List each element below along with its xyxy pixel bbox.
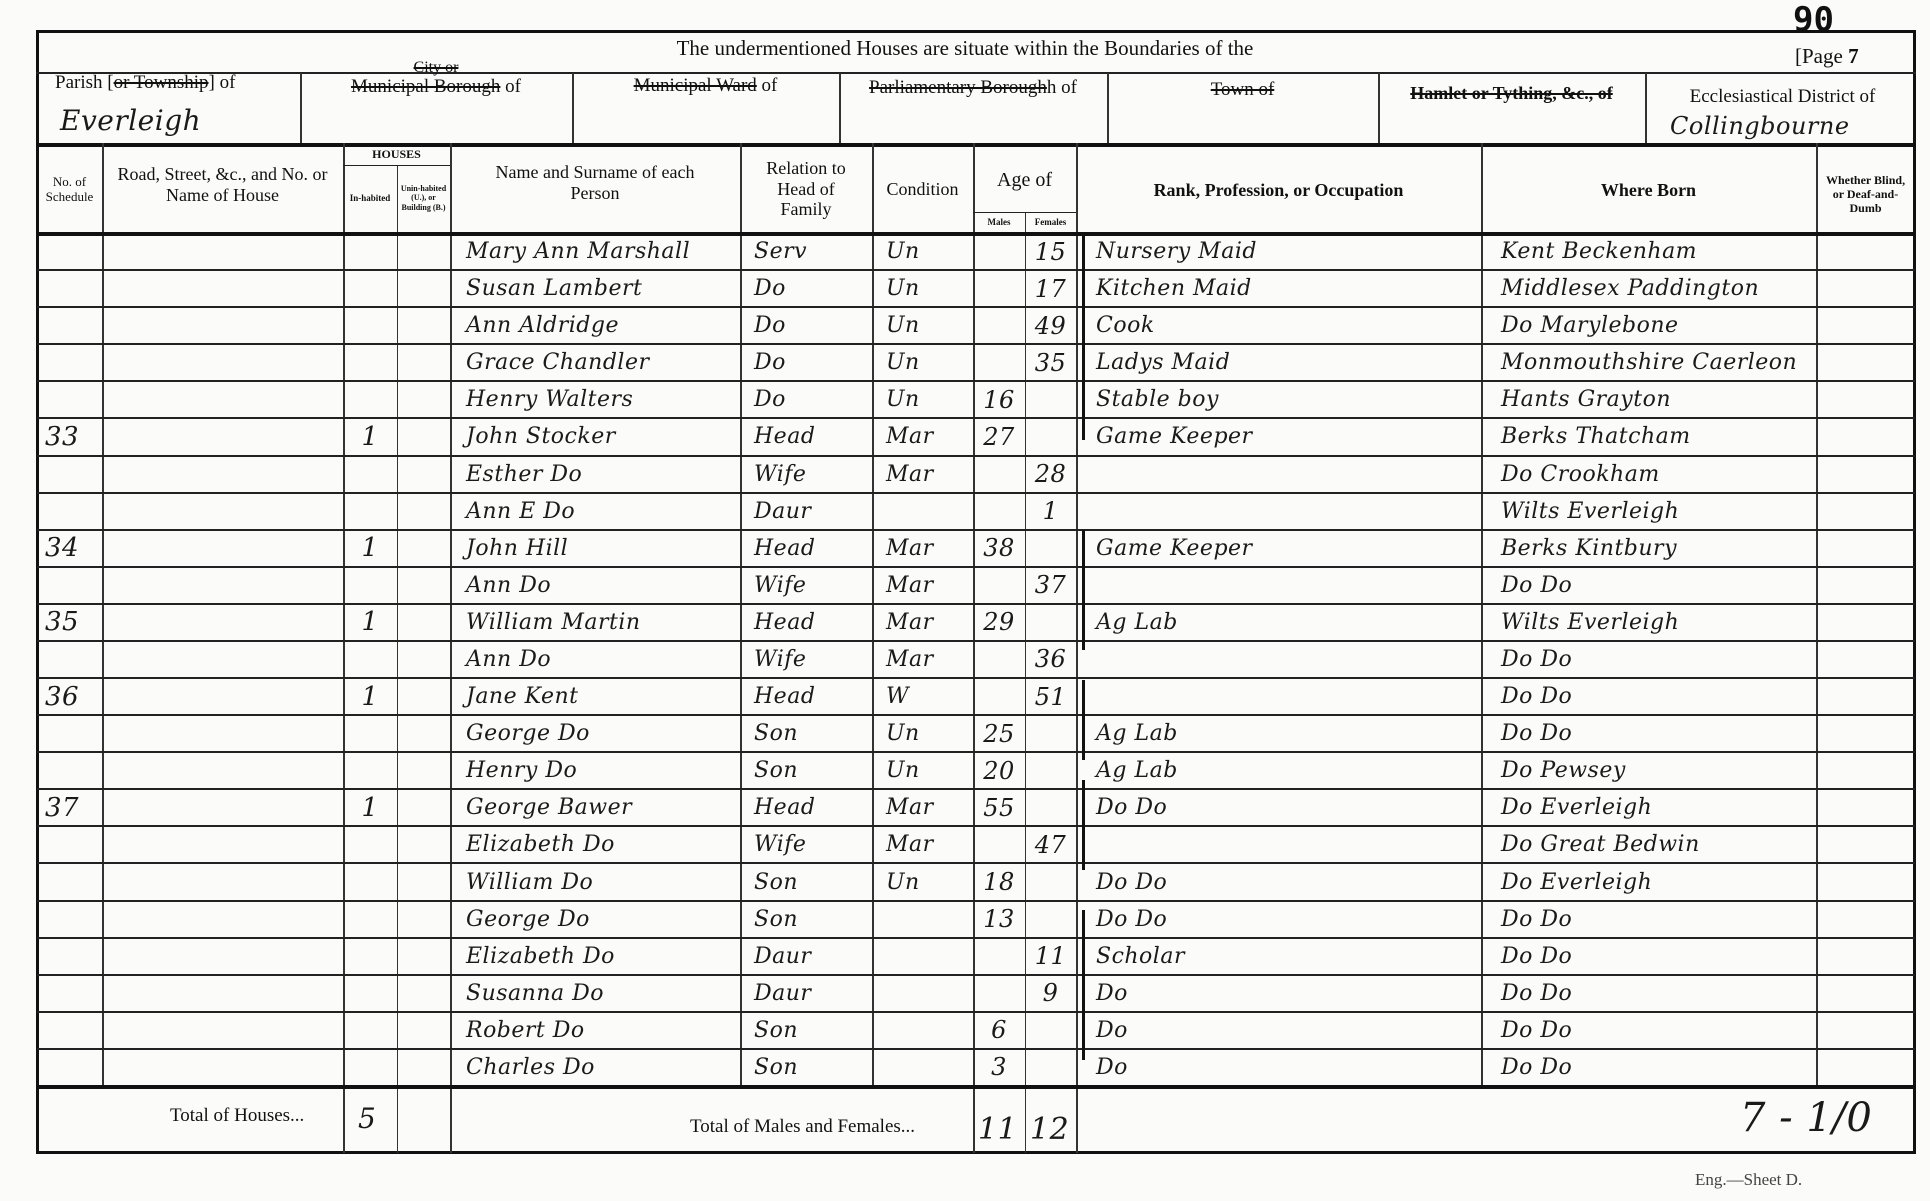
cell-schedule — [37, 864, 102, 899]
cell-occupation — [1076, 679, 1481, 714]
cell-condition: Mar — [872, 419, 973, 454]
cell-name: John Stocker — [450, 419, 740, 454]
cell-condition: Un — [872, 864, 973, 899]
cell-inhabited — [343, 271, 397, 306]
cell-name: William Martin — [450, 605, 740, 640]
header-condition: Condition — [872, 150, 973, 228]
cell-male-age — [973, 457, 1025, 492]
cell-female-age: 47 — [1025, 827, 1076, 862]
cell-born: Do Do — [1481, 1050, 1816, 1085]
column-divider-road — [102, 143, 104, 1085]
cell-schedule: 37 — [37, 790, 102, 825]
cell-born: Do Pewsey — [1481, 753, 1816, 788]
cell-relation: Daur — [740, 939, 872, 974]
parish-label-suffix: ] of — [209, 72, 236, 93]
cell-inhabited — [343, 345, 397, 380]
cell-born: Wilts Everleigh — [1481, 605, 1816, 640]
cell-condition: Mar — [872, 642, 973, 677]
cell-occupation: Ladys Maid — [1076, 345, 1481, 380]
location-municipal-ward: Municipal Ward of — [572, 75, 839, 97]
header-road: Road, Street, &c., and No. or Name of Ho… — [102, 150, 343, 220]
cell-name: Ann Aldridge — [450, 308, 740, 343]
cell-born: Berks Kintbury — [1481, 531, 1816, 566]
cell-male-age — [973, 494, 1025, 529]
cell-inhabited: 1 — [343, 679, 397, 714]
cell-male-age: 6 — [973, 1013, 1025, 1048]
hamlet-label-struck: Hamlet or Tything, &c., of — [1410, 83, 1612, 103]
cell-occupation: Kitchen Maid — [1076, 271, 1481, 306]
header-females: Females — [1025, 213, 1076, 231]
cell-schedule — [37, 902, 102, 937]
cell-condition: Mar — [872, 531, 973, 566]
cell-born: Hants Grayton — [1481, 382, 1816, 417]
cell-condition — [872, 1050, 973, 1085]
cell-occupation: Ag Lab — [1076, 605, 1481, 640]
cell-schedule — [37, 382, 102, 417]
parliamentary-borough-suffix: h of — [1047, 77, 1077, 98]
cell-female-age: 51 — [1025, 679, 1076, 714]
cell-condition: Mar — [872, 457, 973, 492]
cell-male-age — [973, 308, 1025, 343]
cell-born: Kent Beckenham — [1481, 234, 1816, 269]
header-houses: HOUSES — [343, 145, 450, 165]
ecclesiastical-district-label: Ecclesiastical District of — [1690, 86, 1876, 107]
cell-occupation — [1076, 568, 1481, 603]
cell-schedule — [37, 234, 102, 269]
cell-schedule — [37, 1050, 102, 1085]
cell-born: Monmouthshire Caerleon — [1481, 345, 1816, 380]
cell-male-age: 16 — [973, 382, 1025, 417]
cell-schedule — [37, 271, 102, 306]
total-houses-label: Total of Houses... — [170, 1105, 304, 1127]
header-disability: Whether Blind, or Deaf-and-Dumb — [1816, 160, 1915, 230]
location-parish: Parish [or Township] of — [55, 72, 235, 94]
town-label-struck: Town of — [1211, 79, 1275, 100]
cell-schedule — [37, 716, 102, 751]
cell-name: George Bawer — [450, 790, 740, 825]
cell-inhabited — [343, 902, 397, 937]
cell-born: Do Everleigh — [1481, 790, 1816, 825]
cell-schedule — [37, 827, 102, 862]
cell-male-age — [973, 939, 1025, 974]
header-inhabited: In-habited — [343, 168, 397, 228]
total-females-value: 12 — [1030, 1112, 1069, 1147]
ink-bracket-mark — [1082, 530, 1085, 650]
cell-inhabited — [343, 642, 397, 677]
header-males: Males — [973, 213, 1025, 231]
sheet-label: Eng.—Sheet D. — [1695, 1170, 1802, 1190]
header-name: Name and Surname of each Person — [450, 155, 740, 210]
cell-female-age: 35 — [1025, 345, 1076, 380]
cell-female-age: 1 — [1025, 494, 1076, 529]
cell-name: Ann Do — [450, 568, 740, 603]
cell-condition: W — [872, 679, 973, 714]
cell-inhabited — [343, 382, 397, 417]
cell-born: Do Everleigh — [1481, 864, 1816, 899]
location-town: Town of — [1107, 79, 1378, 101]
cell-relation: Wife — [740, 568, 872, 603]
cell-condition: Un — [872, 271, 973, 306]
cell-relation: Son — [740, 1050, 872, 1085]
cell-inhabited — [343, 308, 397, 343]
cell-schedule: 36 — [37, 679, 102, 714]
cell-condition: Un — [872, 716, 973, 751]
cell-relation: Head — [740, 679, 872, 714]
cell-relation: Do — [740, 308, 872, 343]
column-divider-uninhabited — [397, 165, 398, 1153]
cell-relation: Head — [740, 790, 872, 825]
cell-relation: Wife — [740, 827, 872, 862]
cell-condition: Mar — [872, 790, 973, 825]
cell-born: Do Do — [1481, 976, 1816, 1011]
cell-relation: Wife — [740, 642, 872, 677]
cell-inhabited — [343, 939, 397, 974]
city-label-struck: City or — [300, 60, 572, 77]
cell-female-age: 28 — [1025, 457, 1076, 492]
header-age: Age of — [973, 155, 1076, 205]
municipal-borough-suffix: of — [500, 76, 521, 97]
municipal-borough-label-struck: Municipal Borough — [351, 76, 500, 97]
cell-schedule — [37, 457, 102, 492]
tally-mark: 7 - 1/0 — [1740, 1095, 1872, 1141]
cell-schedule — [37, 345, 102, 380]
banner-text: The undermentioned Houses are situate wi… — [0, 36, 1930, 61]
cell-male-age — [973, 345, 1025, 380]
cell-female-age — [1025, 382, 1076, 417]
cell-relation: Daur — [740, 494, 872, 529]
cell-occupation: Stable boy — [1076, 382, 1481, 417]
cell-born: Do Do — [1481, 939, 1816, 974]
cell-male-age: 38 — [973, 531, 1025, 566]
cell-born: Do Crookham — [1481, 457, 1816, 492]
cell-inhabited — [343, 494, 397, 529]
cell-male-age: 27 — [973, 419, 1025, 454]
cell-inhabited — [343, 1013, 397, 1048]
cell-condition: Un — [872, 382, 973, 417]
cell-born: Do Do — [1481, 568, 1816, 603]
cell-occupation: Do Do — [1076, 864, 1481, 899]
cell-name: Charles Do — [450, 1050, 740, 1085]
header-where-born: Where Born — [1481, 150, 1816, 230]
total-houses-value: 5 — [358, 1102, 376, 1135]
cell-born: Do Great Bedwin — [1481, 827, 1816, 862]
loc-divider-6 — [1645, 73, 1647, 143]
cell-female-age: 36 — [1025, 642, 1076, 677]
cell-name: Susan Lambert — [450, 271, 740, 306]
cell-born: Do Do — [1481, 679, 1816, 714]
parish-value: Everleigh — [60, 104, 201, 137]
cell-name: Susanna Do — [450, 976, 740, 1011]
page-label: [Page 7 — [1795, 44, 1859, 69]
cell-female-age — [1025, 753, 1076, 788]
cell-occupation: Scholar — [1076, 939, 1481, 974]
cell-name: Elizabeth Do — [450, 939, 740, 974]
cell-name: George Do — [450, 716, 740, 751]
cell-name: Jane Kent — [450, 679, 740, 714]
cell-name: John Hill — [450, 531, 740, 566]
cell-occupation — [1076, 494, 1481, 529]
location-hamlet: Hamlet or Tything, &c., of — [1378, 83, 1645, 104]
cell-male-age: 18 — [973, 864, 1025, 899]
header-occupation: Rank, Profession, or Occupation — [1076, 150, 1481, 230]
cell-female-age — [1025, 864, 1076, 899]
cell-born: Do Do — [1481, 716, 1816, 751]
cell-born: Wilts Everleigh — [1481, 494, 1816, 529]
ink-bracket-mark — [1082, 680, 1085, 760]
cell-inhabited — [343, 753, 397, 788]
header-uninhabited: Unin-habited (U.), or Building (B.) — [397, 166, 450, 230]
location-municipal-borough: City or Municipal Borough of — [300, 60, 572, 97]
cell-name: George Do — [450, 902, 740, 937]
cell-schedule — [37, 494, 102, 529]
cell-name: Esther Do — [450, 457, 740, 492]
cell-occupation: Cook — [1076, 308, 1481, 343]
cell-inhabited — [343, 1050, 397, 1085]
cell-inhabited: 1 — [343, 605, 397, 640]
cell-inhabited — [343, 234, 397, 269]
page-number: 7 — [1848, 44, 1859, 68]
cell-occupation: Nursery Maid — [1076, 234, 1481, 269]
cell-name: Mary Ann Marshall — [450, 234, 740, 269]
cell-schedule: 33 — [37, 419, 102, 454]
cell-occupation: Do — [1076, 976, 1481, 1011]
cell-inhabited — [343, 976, 397, 1011]
cell-occupation — [1076, 827, 1481, 862]
cell-female-age: 15 — [1025, 234, 1076, 269]
cell-occupation: Do — [1076, 1013, 1481, 1048]
cell-schedule — [37, 1013, 102, 1048]
cell-name: Robert Do — [450, 1013, 740, 1048]
cell-female-age — [1025, 716, 1076, 751]
cell-relation: Son — [740, 753, 872, 788]
cell-relation: Daur — [740, 976, 872, 1011]
cell-male-age: 29 — [973, 605, 1025, 640]
cell-schedule — [37, 753, 102, 788]
cell-schedule — [37, 568, 102, 603]
cell-female-age — [1025, 902, 1076, 937]
cell-name: Ann Do — [450, 642, 740, 677]
cell-name: William Do — [450, 864, 740, 899]
divider-totals-top — [36, 1085, 1916, 1089]
cell-female-age: 37 — [1025, 568, 1076, 603]
cell-condition: Un — [872, 234, 973, 269]
cell-male-age: 25 — [973, 716, 1025, 751]
cell-female-age: 9 — [1025, 976, 1076, 1011]
cell-male-age — [973, 271, 1025, 306]
cell-male-age: 13 — [973, 902, 1025, 937]
cell-schedule — [37, 976, 102, 1011]
cell-name: Ann E Do — [450, 494, 740, 529]
ecclesiastical-district-value: Collingbourne — [1670, 112, 1850, 140]
parish-label: Parish [ — [55, 72, 114, 93]
cell-male-age — [973, 679, 1025, 714]
cell-condition — [872, 939, 973, 974]
ink-bracket-mark — [1082, 232, 1085, 440]
cell-inhabited — [343, 716, 397, 751]
cell-condition: Mar — [872, 605, 973, 640]
cell-occupation: Game Keeper — [1076, 419, 1481, 454]
column-divider-disability — [1816, 143, 1818, 1085]
cell-male-age — [973, 642, 1025, 677]
cell-relation: Wife — [740, 457, 872, 492]
parliamentary-borough-label-struck: Parliamentary Borough — [869, 77, 1047, 98]
cell-schedule — [37, 939, 102, 974]
cell-relation: Do — [740, 382, 872, 417]
total-persons-label: Total of Males and Females... — [690, 1116, 915, 1138]
cell-occupation: Game Keeper — [1076, 531, 1481, 566]
header-relation: Relation to Head of Family — [740, 150, 872, 228]
cell-name: Henry Walters — [450, 382, 740, 417]
location-ecclesiastical-district: Ecclesiastical District of — [1650, 86, 1915, 108]
cell-inhabited — [343, 827, 397, 862]
cell-occupation — [1076, 457, 1481, 492]
municipal-ward-label-struck: Municipal Ward — [634, 75, 757, 96]
cell-born: Do Marylebone — [1481, 308, 1816, 343]
cell-occupation — [1076, 642, 1481, 677]
cell-male-age: 55 — [973, 790, 1025, 825]
cell-relation: Son — [740, 1013, 872, 1048]
township-label-struck: or Township — [114, 72, 209, 93]
cell-relation: Head — [740, 605, 872, 640]
header-schedule: No. of Schedule — [37, 150, 102, 230]
cell-occupation: Do Do — [1076, 790, 1481, 825]
cell-female-age — [1025, 1013, 1076, 1048]
cell-relation: Head — [740, 531, 872, 566]
cell-male-age — [973, 827, 1025, 862]
cell-relation: Do — [740, 271, 872, 306]
cell-male-age: 20 — [973, 753, 1025, 788]
cell-female-age: 17 — [1025, 271, 1076, 306]
cell-condition — [872, 1013, 973, 1048]
divider-location — [36, 143, 1916, 147]
cell-inhabited: 1 — [343, 419, 397, 454]
cell-relation: Do — [740, 345, 872, 380]
cell-condition — [872, 494, 973, 529]
cell-born: Do Do — [1481, 902, 1816, 937]
cell-schedule: 34 — [37, 531, 102, 566]
cell-born: Do Do — [1481, 1013, 1816, 1048]
cell-condition: Un — [872, 345, 973, 380]
cell-female-age: 11 — [1025, 939, 1076, 974]
cell-condition — [872, 976, 973, 1011]
cell-male-age: 3 — [973, 1050, 1025, 1085]
cell-occupation: Do — [1076, 1050, 1481, 1085]
ink-bracket-mark — [1082, 910, 1085, 1060]
cell-born: Do Do — [1481, 642, 1816, 677]
cell-female-age — [1025, 1050, 1076, 1085]
cell-occupation: Ag Lab — [1076, 716, 1481, 751]
cell-female-age — [1025, 790, 1076, 825]
municipal-ward-suffix: of — [757, 75, 778, 96]
cell-born: Middlesex Paddington — [1481, 271, 1816, 306]
cell-inhabited — [343, 568, 397, 603]
cell-born: Berks Thatcham — [1481, 419, 1816, 454]
cell-condition: Un — [872, 308, 973, 343]
cell-schedule — [37, 308, 102, 343]
cell-name: Grace Chandler — [450, 345, 740, 380]
ink-bracket-mark — [1082, 780, 1085, 870]
cell-relation: Serv — [740, 234, 872, 269]
cell-schedule — [37, 642, 102, 677]
cell-relation: Head — [740, 419, 872, 454]
cell-male-age — [973, 234, 1025, 269]
cell-inhabited: 1 — [343, 790, 397, 825]
cell-inhabited — [343, 457, 397, 492]
cell-relation: Son — [740, 864, 872, 899]
cell-female-age — [1025, 605, 1076, 640]
cell-occupation: Ag Lab — [1076, 753, 1481, 788]
cell-condition: Mar — [872, 827, 973, 862]
cell-schedule: 35 — [37, 605, 102, 640]
page-label-text: [Page — [1795, 44, 1843, 68]
cell-occupation: Do Do — [1076, 902, 1481, 937]
location-parliamentary-borough: Parliamentary Boroughh of — [839, 77, 1107, 99]
cell-inhabited — [343, 864, 397, 899]
cell-relation: Son — [740, 902, 872, 937]
cell-condition: Mar — [872, 568, 973, 603]
cell-male-age — [973, 568, 1025, 603]
cell-name: Elizabeth Do — [450, 827, 740, 862]
cell-relation: Son — [740, 716, 872, 751]
cell-condition: Un — [872, 753, 973, 788]
cell-female-age: 49 — [1025, 308, 1076, 343]
cell-male-age — [973, 976, 1025, 1011]
cell-name: Henry Do — [450, 753, 740, 788]
cell-condition — [872, 902, 973, 937]
cell-inhabited: 1 — [343, 531, 397, 566]
cell-female-age — [1025, 531, 1076, 566]
total-males-value: 11 — [978, 1112, 1017, 1147]
cell-female-age — [1025, 419, 1076, 454]
